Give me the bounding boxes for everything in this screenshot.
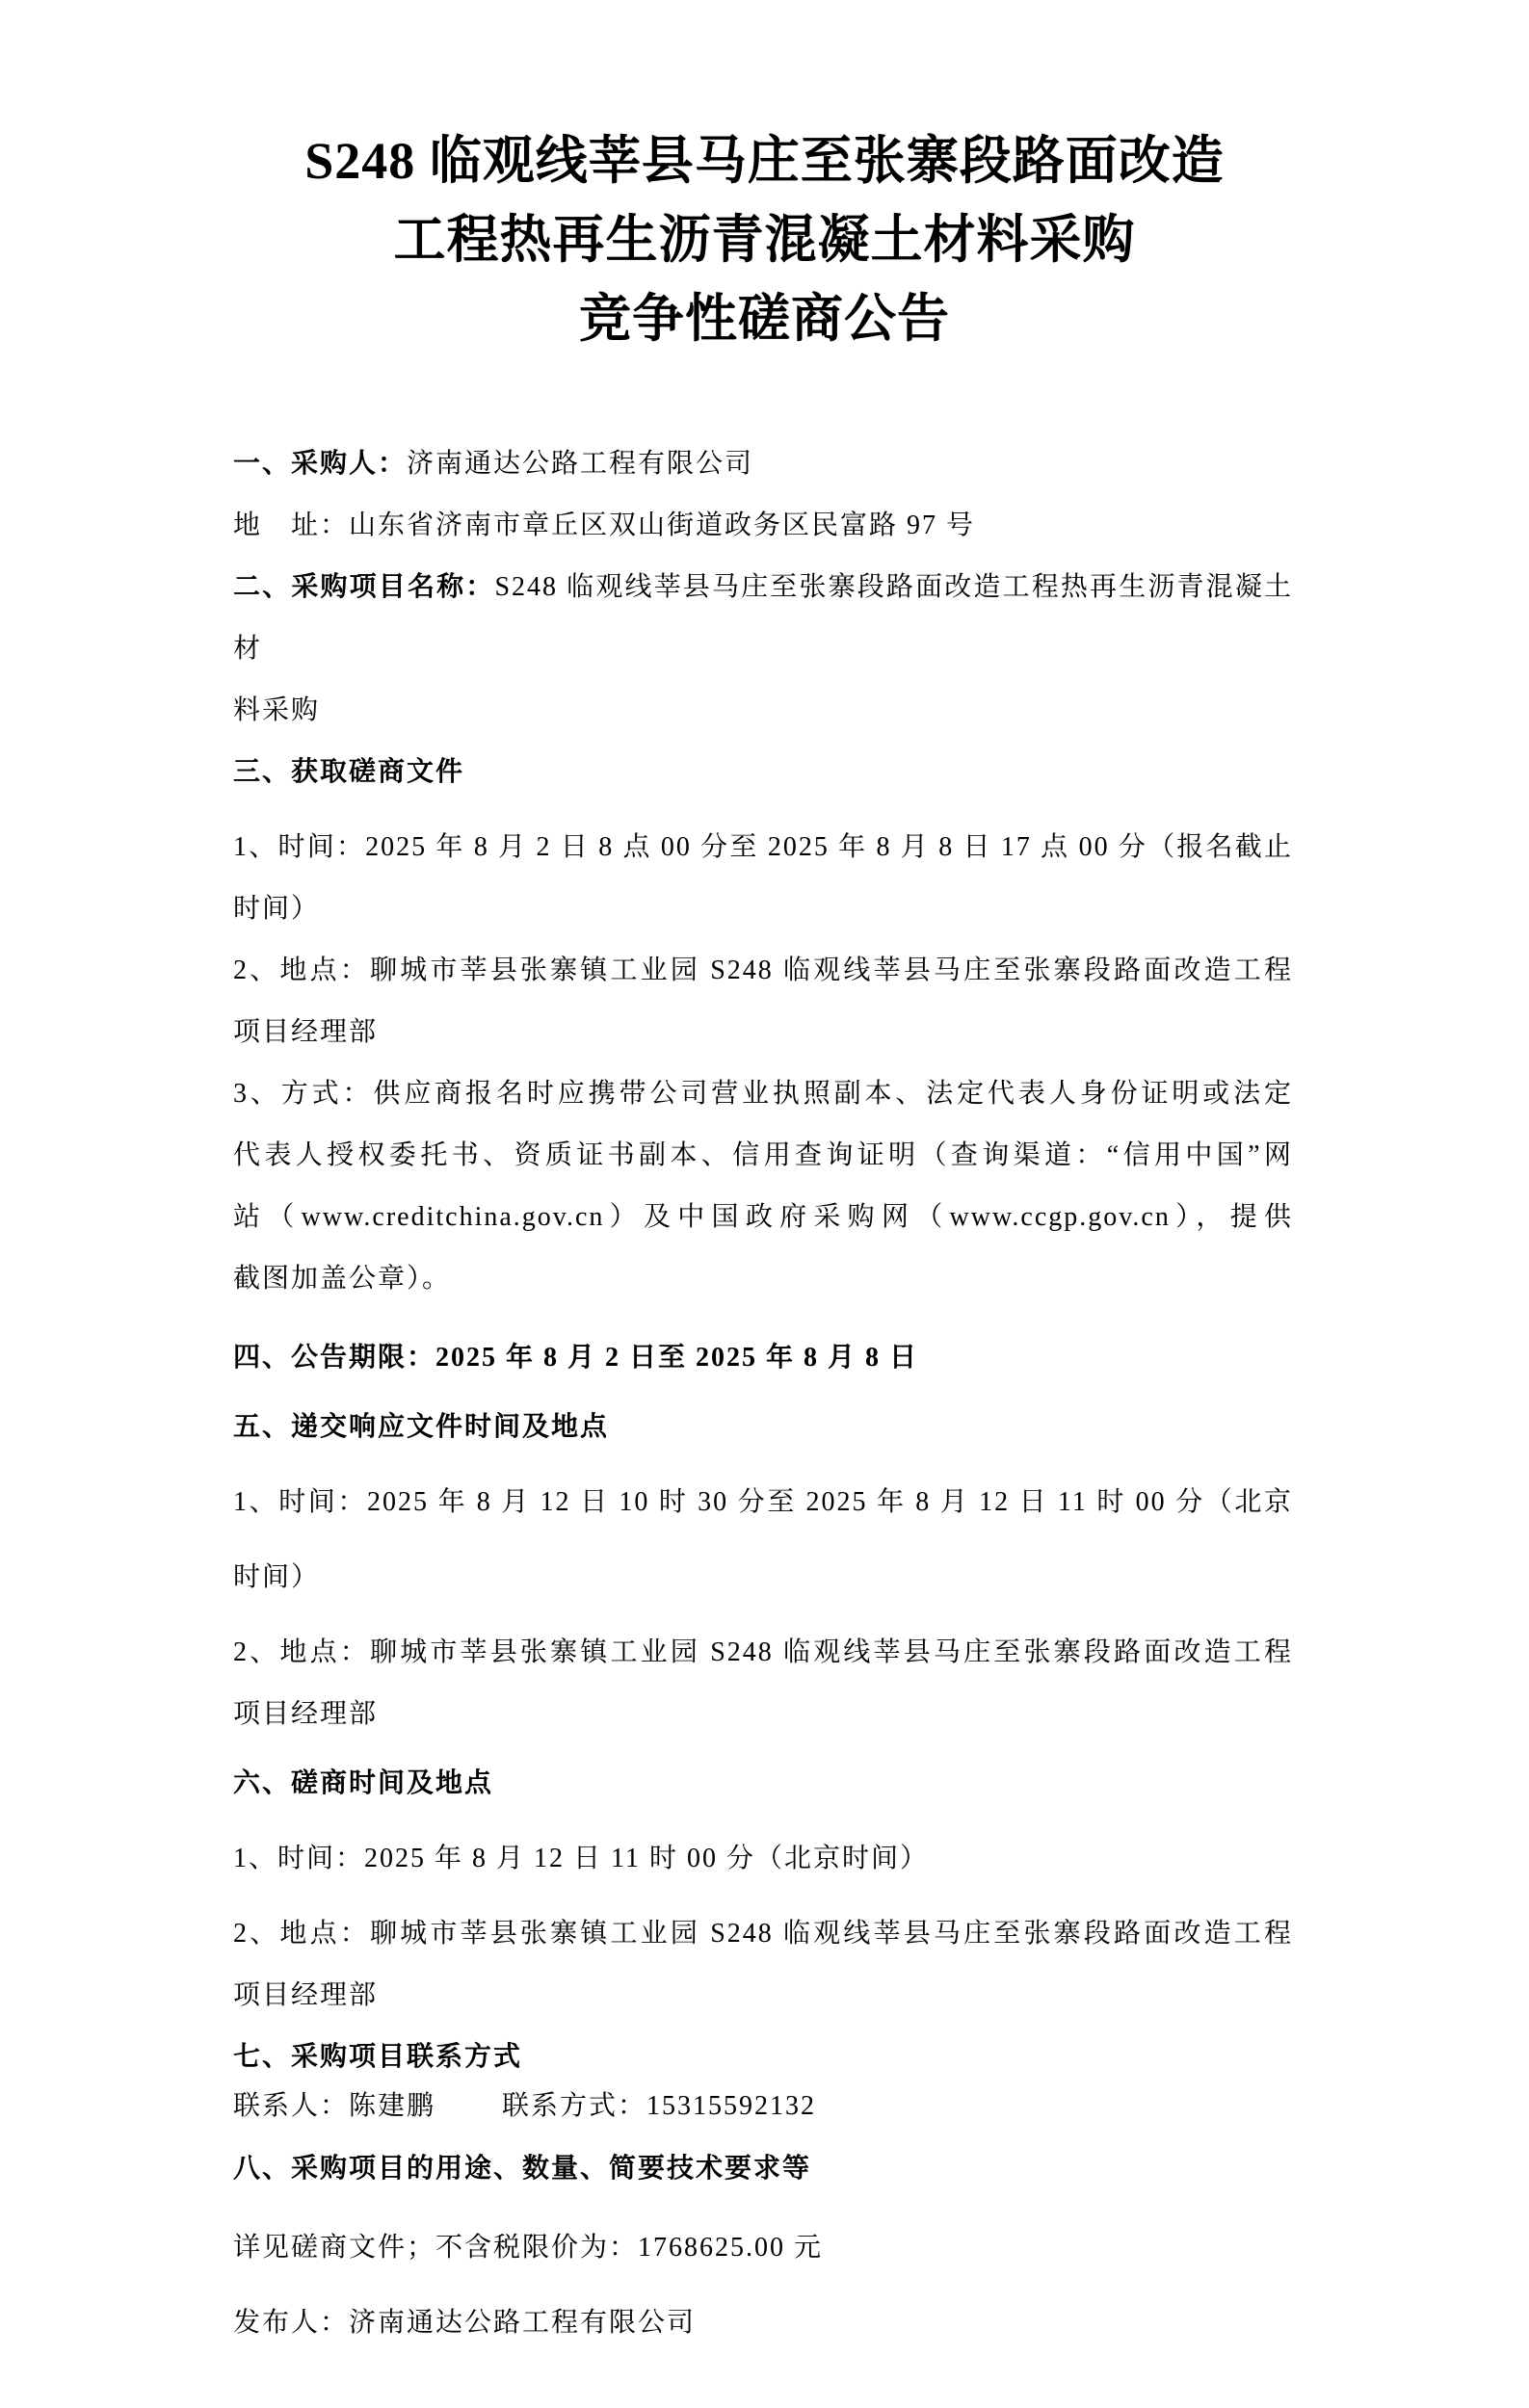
emphasis-text: 五、递交响应文件时间及地点 xyxy=(233,1412,609,1442)
body-text: 项目经理部 xyxy=(233,1699,378,1729)
emphasis-text: 六、磋商时间及地点 xyxy=(233,1768,493,1798)
emphasis-text: 七、采购项目联系方式 xyxy=(233,2042,522,2072)
section-heading-7: 七、采购项目联系方式 xyxy=(233,2027,1293,2088)
body-text: 2、地点：聊城市莘县张寨镇工业园 S248 临观线莘县马庄至张寨段路面改造工程 xyxy=(233,1919,1293,1949)
document-title-line-1: S248 临观线莘县马庄至张寨段路面改造 xyxy=(0,121,1529,200)
section-heading-3: 三、获取磋商文件 xyxy=(233,742,1293,803)
body-text: 发布人：济南通达公路工程有限公司 xyxy=(233,2308,696,2338)
body-text: 3、方式：供应商报名时应携带公司营业执照副本、法定代表人身份证明或法定 xyxy=(233,1079,1293,1109)
doc-place-line: 2、地点：聊城市莘县张寨镇工业园 S248 临观线莘县马庄至张寨段路面改造工程 xyxy=(233,940,1293,1002)
body-text: 料采购 xyxy=(233,695,320,725)
emphasis-text: 八、采购项目的用途、数量、简要技术要求等 xyxy=(233,2154,811,2184)
submit-place-line: 2、地点：聊城市莘县张寨镇工业园 S248 临观线莘县马庄至张寨段路面改造工程 xyxy=(233,1622,1293,1684)
purchaser-line: 一、采购人：济南通达公路工程有限公司 xyxy=(233,433,1293,495)
emphasis-text: 二、采购项目名称： xyxy=(233,572,494,602)
document-title-line-2: 工程热再生沥青混凝土材料采购 xyxy=(0,200,1529,279)
body-text: 时间） xyxy=(233,894,320,924)
document-page: S248 临观线莘县马庄至张寨段路面改造 工程热再生沥青混凝土材料采购 竞争性磋… xyxy=(0,0,1529,2408)
body-text: 详见磋商文件；不含税限价为：1768625.00 元 xyxy=(233,2233,823,2263)
submit-place-line-2: 项目经理部 xyxy=(233,1684,1293,1745)
document-title-line-3: 竞争性磋商公告 xyxy=(0,279,1529,358)
contact-line: 联系人：陈建鹏 联系方式：15315592132 xyxy=(233,2088,1293,2125)
body-text: 代表人授权委托书、资质证书副本、信用查询证明（查询渠道：“信用中国”网 xyxy=(233,1140,1293,1170)
section-heading-5: 五、递交响应文件时间及地点 xyxy=(233,1397,1293,1458)
project-name-line: 二、采购项目名称：S248 临观线莘县马庄至张寨段路面改造工程热再生沥青混凝土材 xyxy=(233,557,1293,680)
section-heading-8: 八、采购项目的用途、数量、简要技术要求等 xyxy=(233,2138,1293,2200)
doc-method-line-3: 站（www.creditchina.gov.cn）及中国政府采购网（www.cc… xyxy=(233,1187,1293,1248)
submit-time-line: 1、时间：2025 年 8 月 12 日 10 时 30 分至 2025 年 8… xyxy=(233,1472,1293,1533)
body-text: 截图加盖公章）。 xyxy=(233,1264,451,1294)
body-text: 项目经理部 xyxy=(233,1980,378,2010)
body-text: 站（www.creditchina.gov.cn）及中国政府采购网（www.cc… xyxy=(233,1202,1293,1232)
emphasis-text: 一、采购人： xyxy=(233,449,407,479)
body-text: 1、时间：2025 年 8 月 12 日 10 时 30 分至 2025 年 8… xyxy=(233,1487,1293,1517)
document-title: S248 临观线莘县马庄至张寨段路面改造 工程热再生沥青混凝土材料采购 竞争性磋… xyxy=(0,0,1529,358)
submit-time-line-2: 时间） xyxy=(233,1547,1293,1609)
doc-method-line: 3、方式：供应商报名时应携带公司营业执照副本、法定代表人身份证明或法定 xyxy=(233,1063,1293,1125)
body-text: 1、时间：2025 年 8 月 12 日 11 时 00 分（北京时间） xyxy=(233,1844,929,1873)
body-text: 1、时间：2025 年 8 月 2 日 8 点 00 分至 2025 年 8 月… xyxy=(233,832,1293,862)
address-line: 地 址：山东省济南市章丘区双山街道政务区民富路 97 号 xyxy=(233,495,1293,557)
body-text: 项目经理部 xyxy=(233,1017,378,1047)
body-text: 济南通达公路工程有限公司 xyxy=(407,449,753,479)
doc-time-line: 1、时间：2025 年 8 月 2 日 8 点 00 分至 2025 年 8 月… xyxy=(233,817,1293,878)
emphasis-text: 三、获取磋商文件 xyxy=(233,757,464,787)
document-body: 一、采购人：济南通达公路工程有限公司地 址：山东省济南市章丘区双山街道政务区民富… xyxy=(0,433,1293,2354)
publisher-line: 发布人：济南通达公路工程有限公司 xyxy=(233,2292,1293,2354)
negotiation-time-line: 1、时间：2025 年 8 月 12 日 11 时 00 分（北京时间） xyxy=(233,1828,1293,1890)
section-heading-4: 四、公告期限：2025 年 8 月 2 日至 2025 年 8 月 8 日 xyxy=(233,1327,1293,1389)
body-text: 联系人：陈建鹏 联系方式：15315592132 xyxy=(233,2091,816,2121)
section-heading-6: 六、磋商时间及地点 xyxy=(233,1753,1293,1815)
body-text: 时间） xyxy=(233,1562,320,1592)
body-text: 地 址：山东省济南市章丘区双山街道政务区民富路 97 号 xyxy=(233,510,975,540)
doc-method-line-4: 截图加盖公章）。 xyxy=(233,1248,1293,1310)
negotiation-place-line: 2、地点：聊城市莘县张寨镇工业园 S248 临观线莘县马庄至张寨段路面改造工程 xyxy=(233,1903,1293,1965)
body-text: 2、地点：聊城市莘县张寨镇工业园 S248 临观线莘县马庄至张寨段路面改造工程 xyxy=(233,1637,1293,1667)
doc-place-line-2: 项目经理部 xyxy=(233,1002,1293,1063)
doc-method-line-2: 代表人授权委托书、资质证书副本、信用查询证明（查询渠道：“信用中国”网 xyxy=(233,1125,1293,1187)
project-name-line-2: 料采购 xyxy=(233,680,1293,742)
price-line: 详见磋商文件；不含税限价为：1768625.00 元 xyxy=(233,2217,1293,2279)
negotiation-place-line-2: 项目经理部 xyxy=(233,1965,1293,2027)
emphasis-text: 四、公告期限：2025 年 8 月 2 日至 2025 年 8 月 8 日 xyxy=(233,1343,918,1373)
doc-time-line-2: 时间） xyxy=(233,878,1293,940)
body-text: 2、地点：聊城市莘县张寨镇工业园 S248 临观线莘县马庄至张寨段路面改造工程 xyxy=(233,955,1293,985)
